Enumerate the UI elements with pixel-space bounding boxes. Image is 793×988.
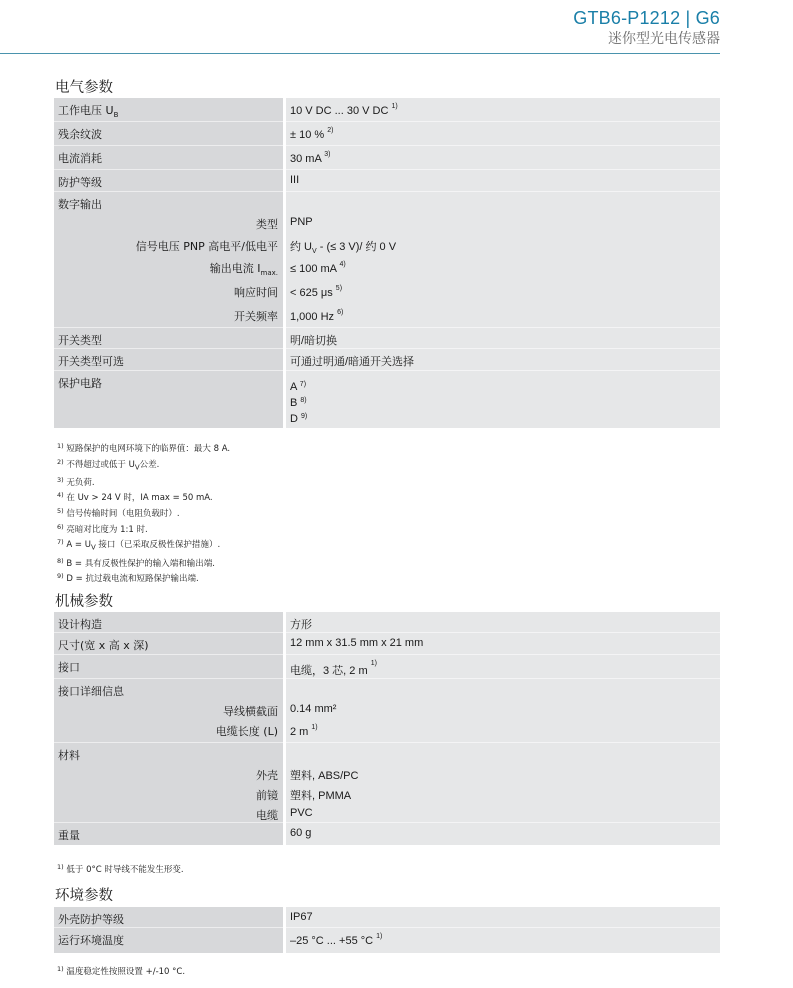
row-value: III (286, 170, 720, 192)
row-value: PNP (286, 212, 720, 234)
electrical-table: 工作电压 UB 10 V DC ... 30 V DC 1) 残余纹波 ± 10… (54, 98, 720, 428)
row-label: 外壳防护等级 (54, 907, 283, 928)
row-label: 运行环境温度 (54, 928, 283, 953)
table-row: 响应时间 < 625 μs 5) (54, 280, 720, 304)
row-value: 2 m 1) (286, 719, 720, 743)
page-header: GTB6-P1212 | G6 迷你型光电传感器 (573, 8, 720, 49)
mechanical-footnotes: 1) 低于 0°C 时导线不能发生形变. (57, 863, 184, 879)
row-value: 明/暗切换 (286, 328, 720, 349)
row-value (286, 679, 720, 699)
footnote: 2) 不得超过或低于 UV公差. (57, 458, 230, 476)
table-row: 信号电压 PNP 高电平/低电平 约 UV - (≤ 3 V)/ 约 0 V (54, 234, 720, 256)
row-value (286, 743, 720, 763)
product-subtitle: 迷你型光电传感器 (573, 29, 720, 49)
table-row: 数字输出 (54, 192, 720, 212)
electrical-footnotes: 1) 短路保护的电网环境下的临界值：最大 8 A. 2) 不得超过或低于 UV公… (57, 442, 230, 588)
row-value: ± 10 % 2) (286, 122, 720, 146)
table-row: 材料 (54, 743, 720, 763)
row-label: 类型 (54, 212, 283, 234)
row-label: 设计构造 (54, 612, 283, 633)
row-label: 材料 (54, 743, 283, 763)
footnote: 3) 无负荷. (57, 476, 230, 492)
row-label: 数字输出 (54, 192, 283, 212)
row-value: 0.14 mm² (286, 699, 720, 719)
table-row: 开关类型可选 可通过明通/暗通开关选择 (54, 349, 720, 371)
section-title-electrical: 电气参数 (55, 76, 113, 97)
row-value (286, 192, 720, 212)
table-row: 输出电流 Imax. ≤ 100 mA 4) (54, 256, 720, 280)
row-value: < 625 μs 5) (286, 280, 720, 304)
table-row: 尺寸(宽 x 高 x 深) 12 mm x 31.5 mm x 21 mm (54, 633, 720, 655)
row-value: 约 UV - (≤ 3 V)/ 约 0 V (286, 234, 720, 256)
footnote: 8) B = 具有反极性保护的输入端和输出端. (57, 557, 230, 573)
footnote: 1) 温度稳定性按照设置 +/-10 °C. (57, 965, 185, 981)
table-row: 运行环境温度 –25 °C ... +55 °C 1) (54, 928, 720, 953)
footnote: 7) A = UV 接口（已采取反极性保护措施）. (57, 538, 230, 556)
row-label: 电缆长度 (L) (54, 719, 283, 743)
row-value: 30 mA 3) (286, 146, 720, 170)
header-divider (0, 53, 720, 54)
row-value: 12 mm x 31.5 mm x 21 mm (286, 633, 720, 655)
row-label: 导线横截面 (54, 699, 283, 719)
table-row: 残余纹波 ± 10 % 2) (54, 122, 720, 146)
row-value: ≤ 100 mA 4) (286, 256, 720, 280)
row-label: 防护等级 (54, 170, 283, 192)
row-value: 1,000 Hz 6) (286, 304, 720, 328)
row-label: 输出电流 Imax. (54, 256, 283, 280)
table-row: 前镜 塑料, PMMA (54, 783, 720, 803)
section-title-environment: 环境参数 (55, 884, 113, 905)
row-label: 残余纹波 (54, 122, 283, 146)
row-label: 重量 (54, 823, 283, 845)
row-label: 尺寸(宽 x 高 x 深) (54, 633, 283, 655)
table-row: 开关频率 1,000 Hz 6) (54, 304, 720, 328)
section-title-mechanical: 机械参数 (55, 590, 113, 611)
row-label: 保护电路 (54, 371, 283, 428)
table-row: 接口详细信息 (54, 679, 720, 699)
row-value: IP67 (286, 907, 720, 928)
table-row: 电流消耗 30 mA 3) (54, 146, 720, 170)
row-label: 电流消耗 (54, 146, 283, 170)
table-row: 保护电路 A 7) B 8) D 9) (54, 371, 720, 428)
row-label: 开关类型 (54, 328, 283, 349)
table-row: 防护等级 III (54, 170, 720, 192)
row-value: 10 V DC ... 30 V DC 1) (286, 98, 720, 122)
table-row: 外壳防护等级 IP67 (54, 907, 720, 928)
footnote: 9) D = 抗过载电流和短路保护输出端. (57, 572, 230, 588)
row-label: 接口 (54, 655, 283, 679)
table-row: 导线横截面 0.14 mm² (54, 699, 720, 719)
row-value: 60 g (286, 823, 720, 845)
table-row: 重量 60 g (54, 823, 720, 845)
row-value: 方形 (286, 612, 720, 633)
footnote: 4) 在 Uv > 24 V 时，IA max = 50 mA. (57, 491, 230, 507)
footnote: 5) 信号传输时间（电阻负载时）. (57, 507, 230, 523)
table-row: 接口 电缆，3 芯, 2 m 1) (54, 655, 720, 679)
row-value: –25 °C ... +55 °C 1) (286, 928, 720, 953)
table-row: 电缆 PVC (54, 803, 720, 823)
footnote: 1) 短路保护的电网环境下的临界值：最大 8 A. (57, 442, 230, 458)
row-label: 响应时间 (54, 280, 283, 304)
row-label: 信号电压 PNP 高电平/低电平 (54, 234, 283, 256)
row-label: 工作电压 UB (54, 98, 283, 122)
row-label: 电缆 (54, 803, 283, 823)
row-value: 可通过明通/暗通开关选择 (286, 349, 720, 371)
product-title: GTB6-P1212 | G6 (573, 8, 720, 28)
row-value: PVC (286, 803, 720, 823)
row-value: 塑料, PMMA (286, 783, 720, 803)
row-label: 前镜 (54, 783, 283, 803)
row-value: 塑料, ABS/PC (286, 763, 720, 783)
table-row: 电缆长度 (L) 2 m 1) (54, 719, 720, 743)
row-label: 开关类型可选 (54, 349, 283, 371)
environment-table: 外壳防护等级 IP67 运行环境温度 –25 °C ... +55 °C 1) (54, 907, 720, 953)
row-label: 开关频率 (54, 304, 283, 328)
table-row: 工作电压 UB 10 V DC ... 30 V DC 1) (54, 98, 720, 122)
footnote: 1) 低于 0°C 时导线不能发生形变. (57, 863, 184, 879)
row-label: 外壳 (54, 763, 283, 783)
table-row: 类型 PNP (54, 212, 720, 234)
mechanical-table: 设计构造 方形 尺寸(宽 x 高 x 深) 12 mm x 31.5 mm x … (54, 612, 720, 845)
environment-footnotes: 1) 温度稳定性按照设置 +/-10 °C. (57, 965, 185, 981)
table-row: 开关类型 明/暗切换 (54, 328, 720, 349)
table-row: 外壳 塑料, ABS/PC (54, 763, 720, 783)
row-label: 接口详细信息 (54, 679, 283, 699)
footnote: 6) 亮暗对比度为 1:1 时. (57, 523, 230, 539)
table-row: 设计构造 方形 (54, 612, 720, 633)
row-value: 电缆，3 芯, 2 m 1) (286, 655, 720, 679)
row-value: A 7) B 8) D 9) (286, 371, 720, 428)
